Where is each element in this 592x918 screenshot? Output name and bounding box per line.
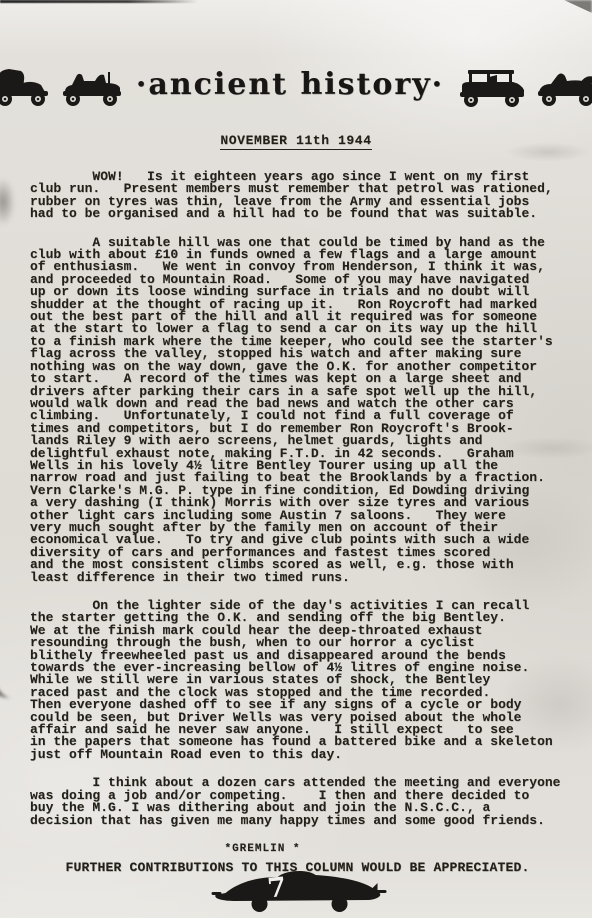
race-car-icon: 7	[212, 866, 388, 916]
antique-limousine-car-icon	[457, 63, 527, 111]
antique-coupe-car-icon	[0, 64, 52, 110]
paragraph: A suitable hill was one that could be ti…	[30, 237, 565, 584]
scan-smudge	[0, 178, 15, 226]
paragraph: WOW! Is it eighteen years ago since I we…	[30, 171, 565, 221]
page-number: 7	[266, 872, 287, 905]
paragraph: I think about a dozen cars attended the …	[30, 777, 565, 827]
article: WOW! Is it eighteen years ago since I we…	[30, 171, 565, 875]
scanned-newsletter-page: ·ancient history·	[0, 0, 592, 918]
paragraph: On the lighter side of the day's activit…	[30, 600, 565, 761]
scan-smudge	[0, 638, 31, 702]
header: ·ancient history·	[0, 60, 592, 114]
scan-artifact-corner	[564, 0, 592, 13]
date-heading: NOVEMBER 11th 1944	[220, 133, 371, 150]
date-heading-row: NOVEMBER 11th 1944	[0, 131, 592, 150]
author-signoff: *GREMLIN *	[0, 843, 530, 855]
antique-roadster-car-icon	[536, 64, 592, 110]
antique-tourer-car-icon	[61, 64, 123, 110]
page-title: ·ancient history·	[132, 67, 448, 108]
scan-artifact-top-line	[0, 0, 198, 3]
